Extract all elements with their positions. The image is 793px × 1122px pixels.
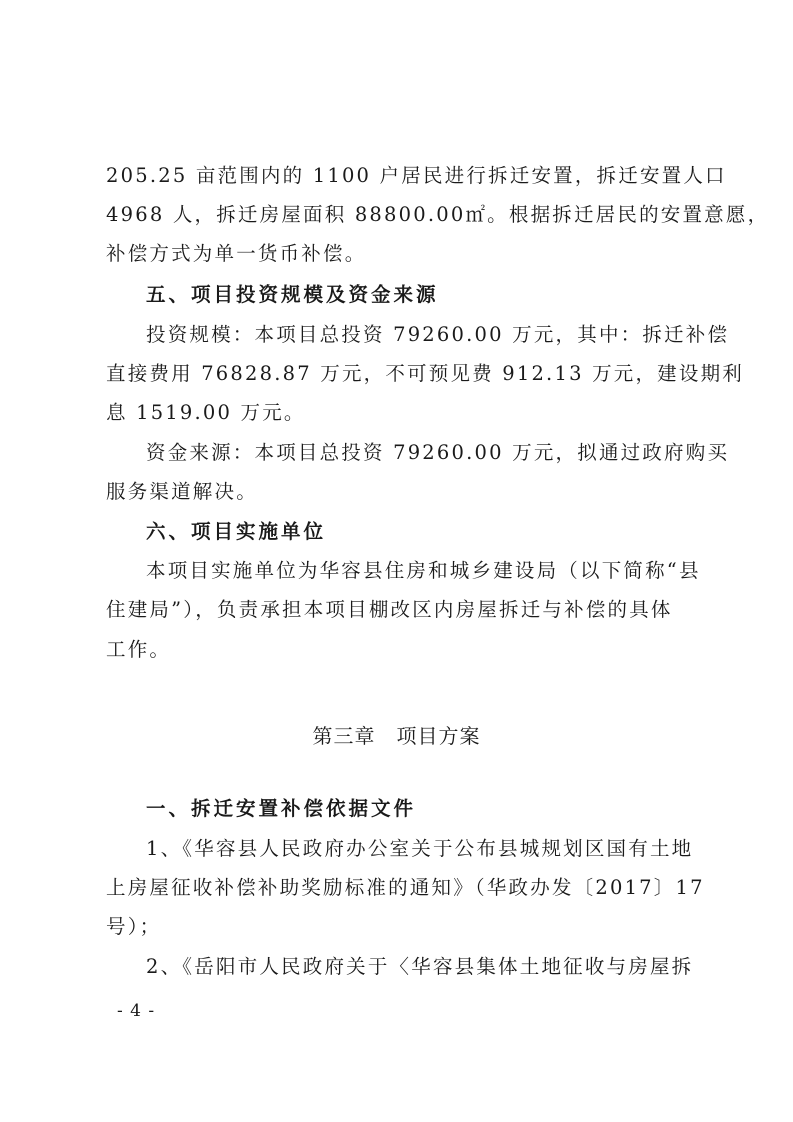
paragraph-line: 205.25 亩范围内的 1100 户居民进行拆迁安置，拆迁安置人口 bbox=[106, 164, 692, 188]
paragraph-line: 工作。 bbox=[106, 638, 692, 662]
section-heading-five: 五、项目投资规模及资金来源 bbox=[146, 283, 692, 307]
list-item-line: 上房屋征收补偿补助奖励标准的通知》（华政办发〔2017〕17 bbox=[106, 876, 692, 900]
list-item-line: 1、《华容县人民政府办公室关于公布县城规划区国有土地 bbox=[146, 837, 692, 861]
section-heading-six: 六、项目实施单位 bbox=[146, 520, 692, 544]
list-item-line: 号）； bbox=[106, 915, 692, 939]
paragraph-line: 本项目实施单位为华容县住房和城乡建设局（以下简称“县 bbox=[146, 559, 692, 583]
paragraph-line: 补偿方式为单一货币补偿。 bbox=[106, 242, 692, 266]
paragraph-line: 直接费用 76828.87 万元，不可预见费 912.13 万元，建设期利 bbox=[106, 362, 692, 386]
paragraph-line: 4968 人，拆迁房屋面积 88800.00㎡。根据拆迁居民的安置意愿， bbox=[106, 203, 692, 227]
paragraph-line: 息 1519.00 万元。 bbox=[106, 401, 692, 425]
chapter-title: 第三章 项目方案 bbox=[0, 723, 793, 749]
document-page: 205.25 亩范围内的 1100 户居民进行拆迁安置，拆迁安置人口 4968 … bbox=[0, 0, 793, 1122]
section-heading-one: 一、拆迁安置补偿依据文件 bbox=[146, 797, 692, 821]
paragraph-line: 服务渠道解决。 bbox=[106, 480, 692, 504]
paragraph-line: 投资规模：本项目总投资 79260.00 万元，其中：拆迁补偿 bbox=[146, 323, 692, 347]
paragraph-line: 资金来源：本项目总投资 79260.00 万元，拟通过政府购买 bbox=[146, 441, 692, 465]
list-item-line: 2、《岳阳市人民政府关于〈华容县集体土地征收与房屋拆 bbox=[146, 955, 692, 979]
page-number: - 4 - bbox=[117, 1000, 155, 1022]
paragraph-line: 住建局”），负责承担本项目棚改区内房屋拆迁与补偿的具体 bbox=[106, 598, 692, 622]
